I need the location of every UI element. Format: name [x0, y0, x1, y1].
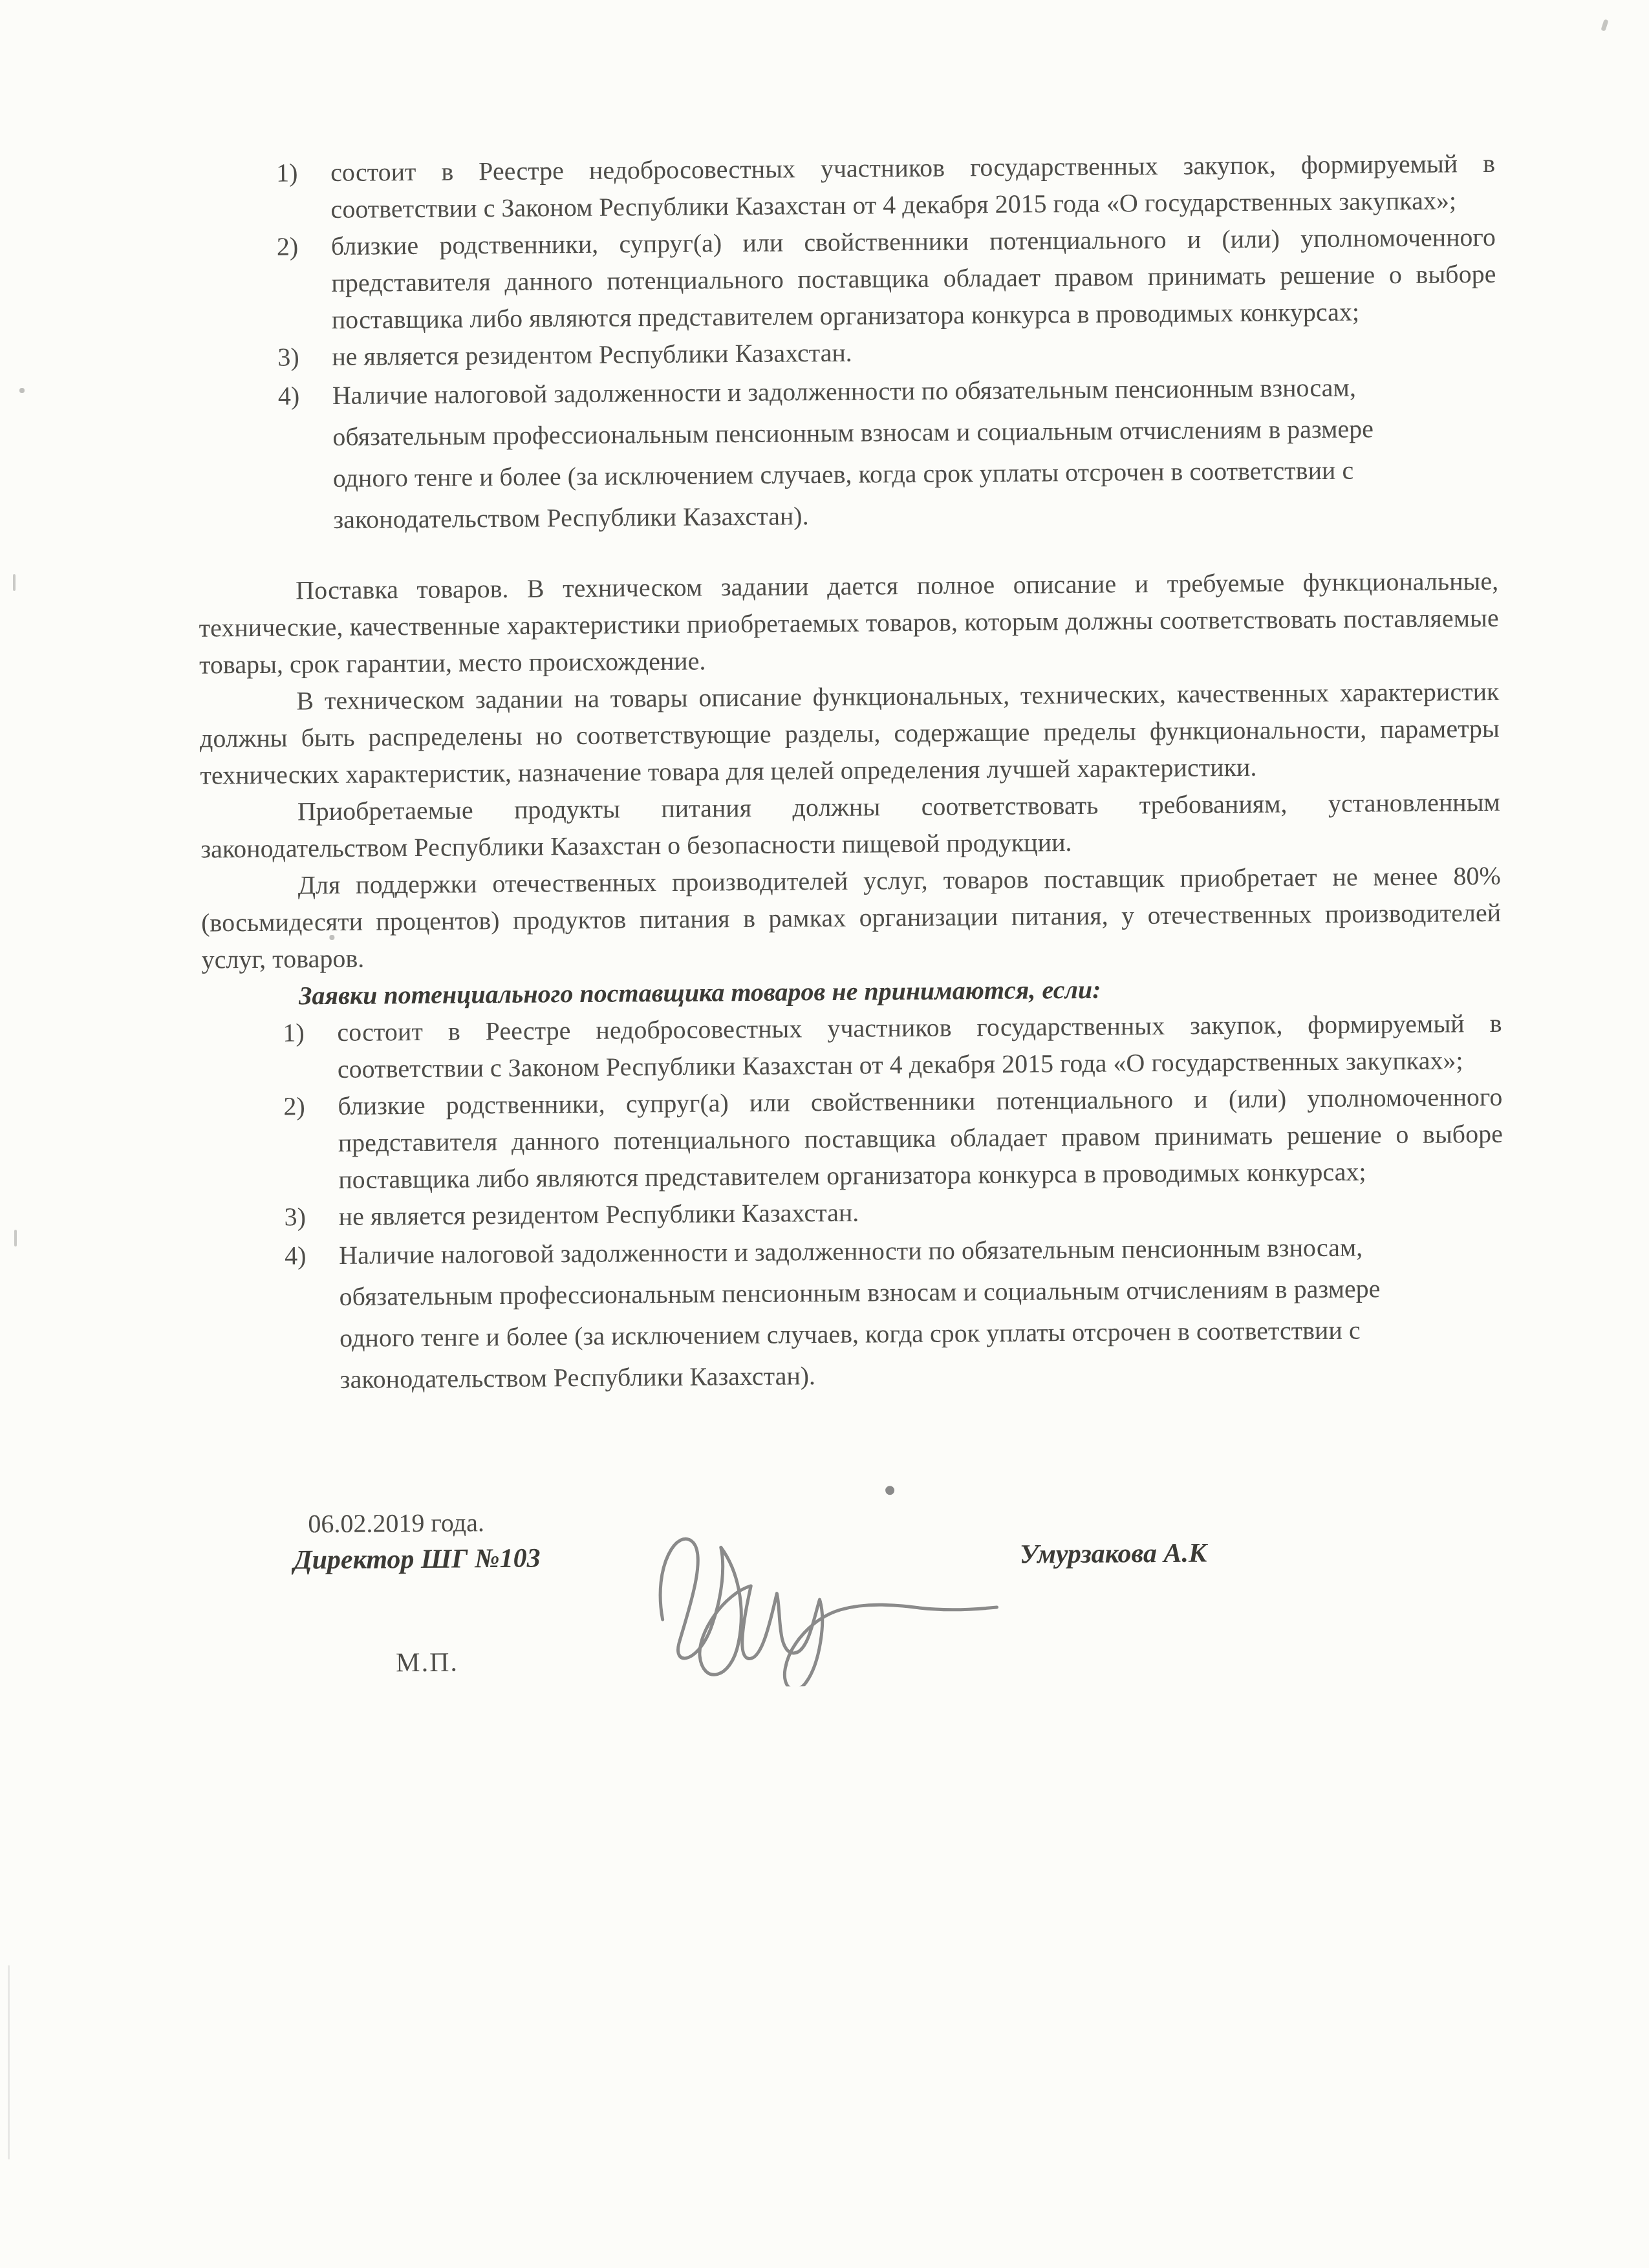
exclusion-list-second: 1) состоит в Реестре недобросовестных уч…	[283, 1005, 1505, 1401]
exclusion-list-first: 1) состоит в Реестре недобросовестных уч…	[276, 145, 1498, 541]
list-item-text: близкие родственники, супруг(а) или свой…	[331, 219, 1496, 338]
list-item: 1) состоит в Реестре недобросовестных уч…	[283, 1005, 1502, 1088]
scan-speck	[14, 1230, 17, 1246]
scan-speck	[329, 935, 334, 940]
paragraph-technical-task: В техническом задании на товары описание…	[199, 673, 1500, 794]
list-item-text: Наличие налоговой задолженности и задолж…	[332, 366, 1452, 540]
document-page: 1) состоит в Реестре недобросовестных уч…	[0, 0, 1649, 2268]
signature	[626, 1478, 1015, 1688]
list-item-number: 4)	[285, 1235, 307, 1276]
paragraph-goods-supply: Поставка товаров. В техническом задании …	[199, 562, 1499, 683]
list-item-text: Наличие налоговой задолженности и задолж…	[339, 1226, 1459, 1400]
signature-block: 06.02.2019 года. Директор ШГ №103 Умурза…	[206, 1496, 1507, 1685]
list-item: 4) Наличие налоговой задолженности и зад…	[285, 1226, 1505, 1401]
signer-name: Умурзакова А.К	[1020, 1537, 1207, 1570]
list-item-number: 1)	[283, 1014, 305, 1051]
list-item-number: 3)	[285, 1198, 307, 1235]
list-item: 4) Наличие налоговой задолженности и зад…	[278, 366, 1498, 541]
document-content: 1) состоит в Реестре недобросовестных уч…	[0, 0, 1649, 1686]
list-item-number: 1)	[276, 154, 298, 191]
list-item-number: 3)	[277, 338, 299, 375]
list-item-text: состоит в Реестре недобросовестных участ…	[337, 1005, 1502, 1087]
scan-speck	[13, 574, 16, 591]
list-item: 1) состоит в Реестре недобросовестных уч…	[276, 145, 1496, 228]
list-item-text: близкие родственники, супруг(а) или свой…	[338, 1078, 1503, 1198]
list-item-text: состоит в Реестре недобросовестных участ…	[330, 145, 1496, 228]
scan-speck	[19, 388, 25, 393]
paragraph-food-safety: Приобретаемые продукты питания должны со…	[200, 784, 1501, 868]
list-item-number: 4)	[278, 375, 300, 416]
signer-row: Директор ШГ №103 Умурзакова А.К	[206, 1535, 1506, 1585]
signer-title: Директор ШГ №103	[294, 1543, 541, 1576]
list-item: 2) близкие родственники, супруг(а) или с…	[277, 219, 1496, 339]
list-item-number: 2)	[277, 228, 299, 264]
list-item: 2) близкие родственники, супруг(а) или с…	[283, 1078, 1503, 1199]
paragraph-domestic-producers: Для поддержки отечественных производител…	[201, 857, 1502, 978]
list-item-number: 2)	[283, 1087, 305, 1124]
scan-streak	[8, 1965, 10, 2159]
